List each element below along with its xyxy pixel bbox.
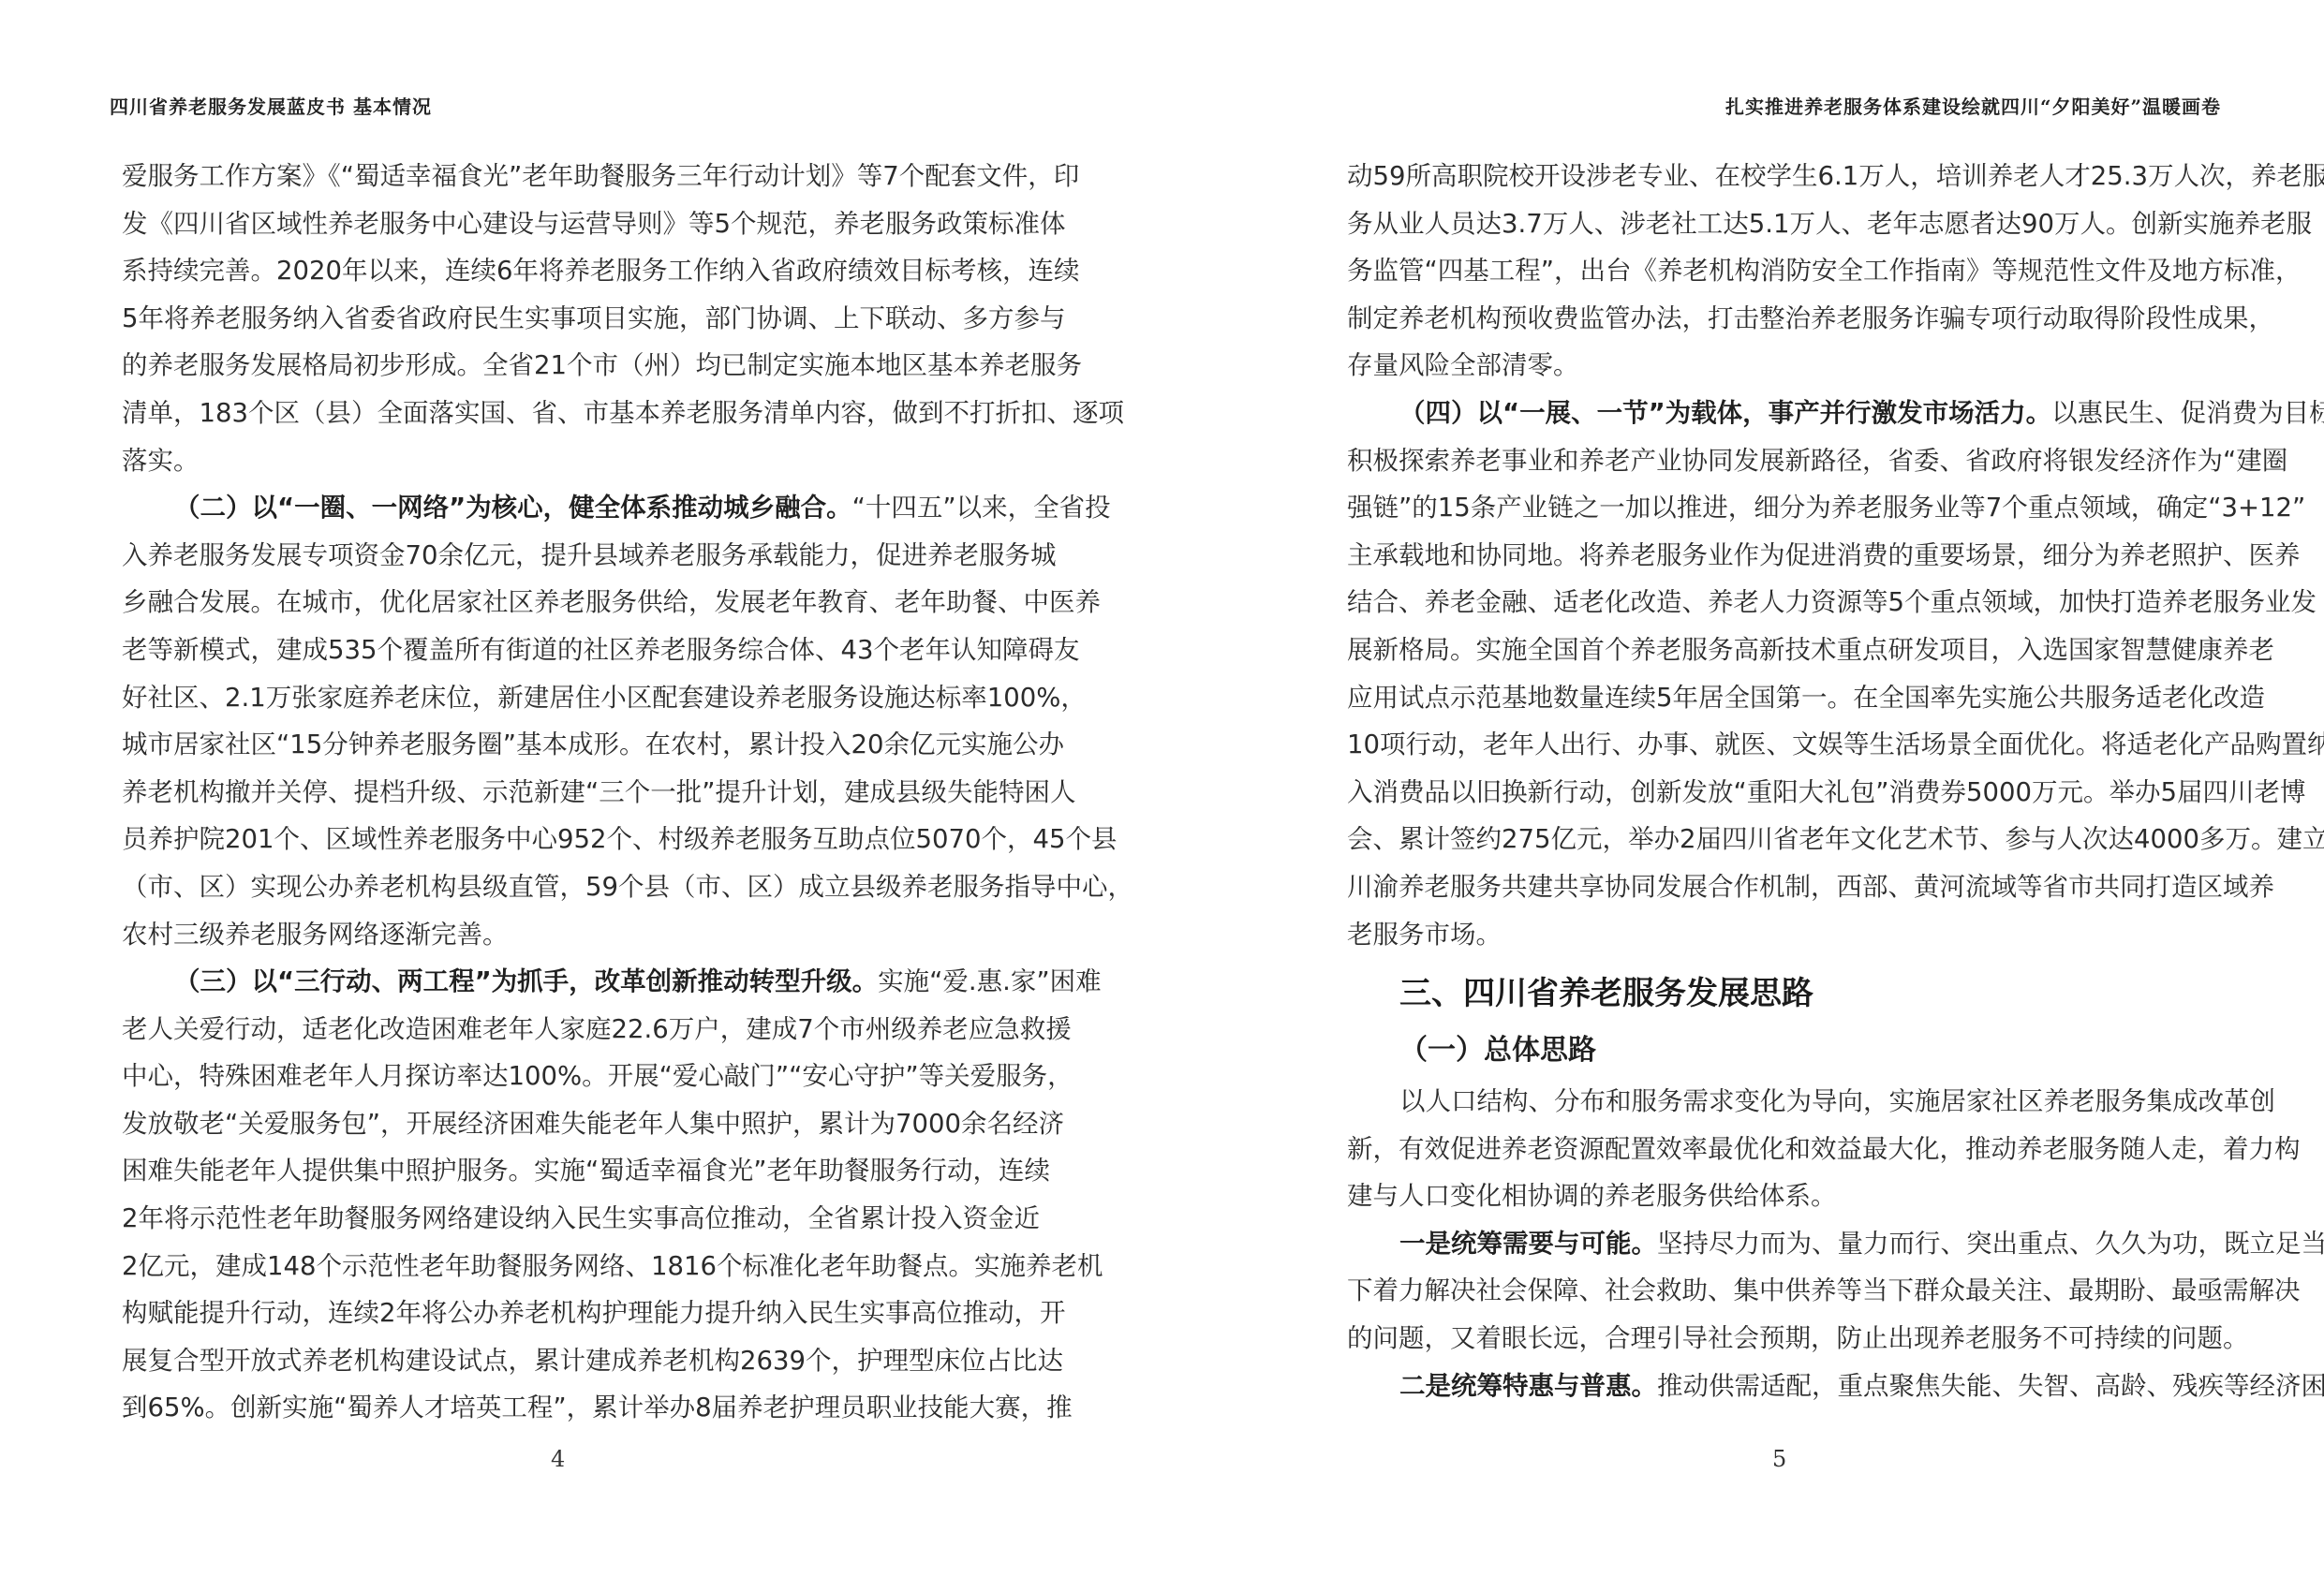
right-page-body: 动59所高职院校开设涉老专业、在校学生6.1万人，培训养老人才25.3万人次，养… (1347, 153, 2220, 1409)
text-line: 好社区、2.1万张家庭养老床位，新建居住小区配套建设养老服务设施达标率100%， (122, 674, 993, 722)
left-page-body: 爱服务工作方案》《“蜀适幸福食光”老年助餐服务三年行动计划》等7个配套文件，印 … (122, 153, 993, 1432)
paragraph-lead-line: 一是统筹需要与可能。坚持尽力而为、量力而行、突出重点、久久为功，既立足当 (1347, 1220, 2220, 1268)
text-line: 积极探索养老事业和养老产业协同发展新路径，省委、省政府将银发经济作为“建圈 (1347, 437, 2220, 485)
text-line: 发《四川省区域性养老服务中心建设与运营导则》等5个规范，养老服务政策标准体 (122, 200, 993, 248)
left-page: 四川省养老服务发展蓝皮书 基本情况 爱服务工作方案》《“蜀适幸福食光”老年助餐服… (0, 0, 1162, 1577)
sub-heading: （一）总体思路 (1347, 1024, 2220, 1078)
text-line: 建与人口变化相协调的养老服务供给体系。 (1347, 1172, 2220, 1220)
text-line: 发放敬老“关爱服务包”，开展经济困难失能老年人集中照护，累计为7000余名经济 (122, 1100, 993, 1148)
text-line: 应用试点示范基地数量连续5年居全国第一。在全国率先实施公共服务适老化改造 (1347, 674, 2220, 722)
page-number-left: 4 (551, 1446, 565, 1472)
text-line: 2年将示范性老年助餐服务网络建设纳入民生实事高位推动，全省累计投入资金近 (122, 1195, 993, 1243)
text-line: 的问题，又着眼长远，合理引导社会预期，防止出现养老服务不可持续的问题。 (1347, 1315, 2220, 1363)
text-line: 制定养老机构预收费监管办法，打击整治养老服务诈骗专项行动取得阶段性成果， (1347, 295, 2220, 343)
text-line: 务监管“四基工程”，出台《养老机构消防安全工作指南》等规范性文件及地方标准， (1347, 247, 2220, 295)
text-line: 展复合型开放式养老机构建设试点，累计建成养老机构2639个，护理型床位占比达 (122, 1337, 993, 1385)
text-line: 老服务市场。 (1347, 911, 2220, 959)
text-line: 强链”的15条产业链之一加以推进，细分为养老服务业等7个重点领域，确定“3+12… (1347, 484, 2220, 532)
paragraph-bold-lead: （二）以“一圈、一网络”为核心，健全体系推动城乡融合。 (174, 493, 852, 523)
text-line: 落实。 (122, 437, 993, 485)
paragraph-bold-lead: 二是统筹特惠与普惠。 (1399, 1371, 1657, 1401)
paragraph-lead-line: 二是统筹特惠与普惠。推动供需适配，重点聚焦失能、失智、高龄、残疾等经济困 (1347, 1363, 2220, 1410)
text-line: 城市居家社区“15分钟养老服务圈”基本成形。在农村，累计投入20余亿元实施公办 (122, 721, 993, 769)
section-heading: 三、四川省养老服务发展思路 (1347, 964, 2220, 1024)
paragraph-lead-line: （三）以“三行动、两工程”为抓手，改革创新推动转型升级。实施“爱.惠.家”困难 (122, 958, 993, 1006)
paragraph-lead-line: （四）以“一展、一节”为载体，事产并行激发市场活力。以惠民生、促消费为目标， (1347, 390, 2220, 437)
text-line: 乡融合发展。在城市，优化居家社区养老服务供给，发展老年教育、老年助餐、中医养 (122, 579, 993, 626)
text-line: 2亿元，建成148个示范性老年助餐服务网络、1816个标准化老年助餐点。实施养老… (122, 1243, 993, 1290)
text-line: 新，有效促进养老资源配置效率最优化和效益最大化，推动养老服务随人走，着力构 (1347, 1126, 2220, 1173)
running-header-left: 四川省养老服务发展蓝皮书 基本情况 (110, 92, 432, 119)
text-line: 老等新模式，建成535个覆盖所有街道的社区养老服务综合体、43个老年认知障碍友 (122, 626, 993, 674)
text-line: 主承载地和协同地。将养老服务业作为促进消费的重要场景，细分为养老照护、医养 (1347, 532, 2220, 580)
text-line: 养老机构撤并关停、提档升级、示范新建“三个一批”提升计划，建成县级失能特困人 (122, 769, 993, 817)
text-line: 下着力解决社会保障、社会救助、集中供养等当下群众最关注、最期盼、最亟需解决 (1347, 1267, 2220, 1315)
text-line: 困难失能老年人提供集中照护服务。实施“蜀适幸福食光”老年助餐服务行动，连续 (122, 1147, 993, 1195)
text-line: 清单，183个区（县）全面落实国、省、市基本养老服务清单内容，做到不打折扣、逐项 (122, 390, 993, 437)
page-number-right: 5 (1772, 1446, 1786, 1472)
paragraph-bold-lead: （四）以“一展、一节”为载体，事产并行激发市场活力。 (1399, 398, 2051, 428)
text-line: （市、区）实现公办养老机构县级直管，59个县（市、区）成立县级养老服务指导中心， (122, 863, 993, 911)
text-line: 农村三级养老服务网络逐渐完善。 (122, 911, 993, 959)
text-line: 构赋能提升行动，连续2年将公办养老机构护理能力提升纳入民生实事高位推动，开 (122, 1290, 993, 1337)
text-line: 5年将养老服务纳入省委省政府民生实事项目实施，部门协调、上下联动、多方参与 (122, 295, 993, 343)
text-line: 系持续完善。2020年以来，连续6年将养老服务工作纳入省政府绩效目标考核，连续 (122, 247, 993, 295)
text-line: 务从业人员达3.7万人、涉老社工达5.1万人、老年志愿者达90万人。创新实施养老… (1347, 200, 2220, 248)
paragraph-bold-lead: （三）以“三行动、两工程”为抓手，改革创新推动转型升级。 (174, 966, 878, 996)
text-line: 入消费品以旧换新行动，创新发放“重阳大礼包”消费券5000万元。举办5届四川老博 (1347, 769, 2220, 817)
running-header-right: 扎实推进养老服务体系建设绘就四川“夕阳美好”温暖画卷 (1725, 92, 2221, 119)
text-line: 员养护院201个、区域性养老服务中心952个、村级养老服务互助点位5070个，4… (122, 816, 993, 863)
text-line: 动59所高职院校开设涉老专业、在校学生6.1万人，培训养老人才25.3万人次，养… (1347, 153, 2220, 200)
text-line: 展新格局。实施全国首个养老服务高新技术重点研发项目，入选国家智慧健康养老 (1347, 626, 2220, 674)
text-line: 川渝养老服务共建共享协同发展合作机制，西部、黄河流域等省市共同打造区域养 (1347, 863, 2220, 911)
paragraph-lead-line: （二）以“一圈、一网络”为核心，健全体系推动城乡融合。“十四五”以来，全省投 (122, 484, 993, 532)
text-line: 老人关爱行动，适老化改造困难老年人家庭22.6万户，建成7个市州级养老应急救援 (122, 1006, 993, 1054)
text-line: 的养老服务发展格局初步形成。全省21个市（州）均已制定实施本地区基本养老服务 (122, 342, 993, 390)
paragraph-bold-lead: 一是统筹需要与可能。 (1399, 1229, 1657, 1259)
text-line: 中心，特殊困难老年人月探访率达100%。开展“爱心敲门”“安心守护”等关爱服务， (122, 1053, 993, 1100)
text-line: 爱服务工作方案》《“蜀适幸福食光”老年助餐服务三年行动计划》等7个配套文件，印 (122, 153, 993, 200)
text-line: 结合、养老金融、适老化改造、养老人力资源等5个重点领域，加快打造养老服务业发 (1347, 579, 2220, 626)
text-line: 以人口结构、分布和服务需求变化为导向，实施居家社区养老服务集成改革创 (1347, 1078, 2220, 1126)
text-line: 10项行动，老年人出行、办事、就医、文娱等生活场景全面优化。将适老化产品购置纳 (1347, 721, 2220, 769)
text-line: 入养老服务发展专项资金70余亿元，提升县域养老服务承载能力，促进养老服务城 (122, 532, 993, 580)
right-page: 扎实推进养老服务体系建设绘就四川“夕阳美好”温暖画卷 动59所高职院校开设涉老专… (1162, 0, 2324, 1577)
text-line: 存量风险全部清零。 (1347, 342, 2220, 390)
text-line: 到65%。创新实施“蜀养人才培英工程”，累计举办8届养老护理员职业技能大赛，推 (122, 1384, 993, 1432)
text-line: 会、累计签约275亿元，举办2届四川省老年文化艺术节、参与人次达4000多万。建… (1347, 816, 2220, 863)
